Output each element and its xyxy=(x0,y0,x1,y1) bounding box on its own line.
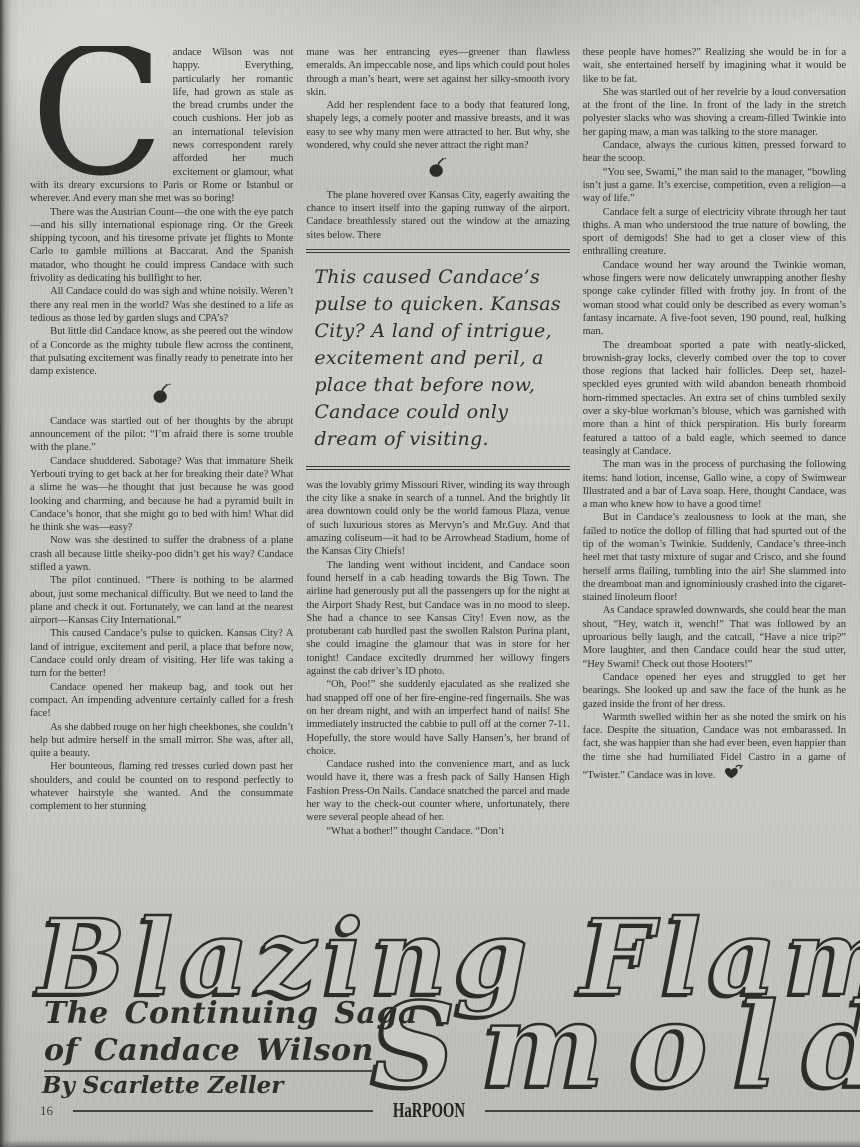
story-paragraph: Now was she destined to suffer the drabn… xyxy=(30,534,293,574)
story-paragraph: Warmth swelled within her as she noted t… xyxy=(583,711,846,785)
headline-text: Smold xyxy=(372,978,860,1114)
story-paragraph: She was startled out of her revelrie by … xyxy=(583,86,846,139)
magazine-logo: HaRPOON xyxy=(393,1098,465,1123)
story-paragraph: The plane hovered over Kansas City, eage… xyxy=(306,189,569,242)
page-number: 16 xyxy=(40,1103,53,1119)
story-paragraph: There was the Austrian Count—the one wit… xyxy=(30,206,293,286)
story-paragraph: The pilot continued. “There is nothing t… xyxy=(30,574,293,627)
story-paragraph: Candace shuddered. Sabotage? Was that im… xyxy=(30,455,293,535)
story-paragraph: The man was in the process of purchasing… xyxy=(583,458,846,511)
story-paragraph: was the lovably grimy Missouri River, wi… xyxy=(306,479,569,559)
story-paragraph: This caused Candace’s pulse to quicken. … xyxy=(30,627,293,680)
story-paragraph: Candace wound her way around the Twinkie… xyxy=(583,259,846,339)
story-column-1: Candace Wilson was not happy. Everything… xyxy=(30,46,293,912)
byline: By Scarlette Zeller xyxy=(42,1072,283,1099)
story-subtitle: The Continuing Saga of Candace Wilson xyxy=(44,995,418,1072)
subtitle-line1: The Continuing Saga xyxy=(44,996,418,1031)
page-footer: 16 HaRPOON xyxy=(40,1100,860,1121)
story-paragraph: Add her resplendent face to a body that … xyxy=(306,99,569,152)
story-paragraph: Candace felt a surge of electricity vibr… xyxy=(583,206,846,259)
footer-rule-left xyxy=(73,1110,373,1112)
story-paragraph: “You see, Swami,” the man said to the ma… xyxy=(583,166,846,206)
story-paragraph: Her bounteous, flaming red tresses curle… xyxy=(30,760,293,813)
story-paragraph: mane was her entrancing eyes—greener tha… xyxy=(306,46,569,99)
story-paragraph: Candace opened her makeup bag, and took … xyxy=(30,681,293,721)
heart-flourish-icon xyxy=(719,773,744,784)
story-paragraph: these people have homes?” Realizing she … xyxy=(583,46,846,86)
drop-cap-letter: C xyxy=(30,46,173,178)
story-paragraph: As Candace sprawled downwards, she could… xyxy=(583,604,846,670)
story-paragraph: Candace rushed into the convenience mart… xyxy=(306,758,569,824)
bomb-icon xyxy=(30,383,293,408)
story-paragraph: “What a bother!” thought Candace. “Don’t xyxy=(306,825,569,838)
bomb-icon xyxy=(306,157,569,182)
story-paragraph: Candace opened her eyes and struggled to… xyxy=(583,671,846,711)
headline-line2: Smold Smold xyxy=(372,978,860,1114)
story-paragraph: All Candace could do was sigh and whine … xyxy=(30,285,293,325)
subtitle-line2: of Candace Wilson xyxy=(44,1032,374,1072)
story-paragraph: Candace was startled out of her thoughts… xyxy=(30,415,293,455)
magazine-page: Candace Wilson was not happy. Everything… xyxy=(0,0,860,1147)
story-paragraph: “Oh, Poo!” she suddenly ejaculated as sh… xyxy=(306,678,569,758)
story-paragraph: Candace, always the curious kitten, pres… xyxy=(583,139,846,166)
pull-quote: This caused Candace’s pulse to quicken. … xyxy=(306,249,569,470)
story-column-2: mane was her entrancing eyes—greener tha… xyxy=(306,46,569,912)
story-paragraph: But in Candace’s zealousness to look at … xyxy=(583,511,846,604)
footer-rule-right xyxy=(485,1110,860,1112)
story-paragraph: But little did Candace know, as she peer… xyxy=(30,325,293,378)
story-body: Candace Wilson was not happy. Everything… xyxy=(30,46,846,912)
story-paragraph: The dreamboat sported a pate with neatly… xyxy=(583,339,846,459)
story-paragraph: The landing went without incident, and C… xyxy=(306,559,569,679)
story-paragraph: As she dabbed rouge on her high cheekbon… xyxy=(30,721,293,761)
story-column-3: these people have homes?” Realizing she … xyxy=(583,46,846,912)
story-paragraph: Candace Wilson was not happy. Everything… xyxy=(30,46,293,206)
